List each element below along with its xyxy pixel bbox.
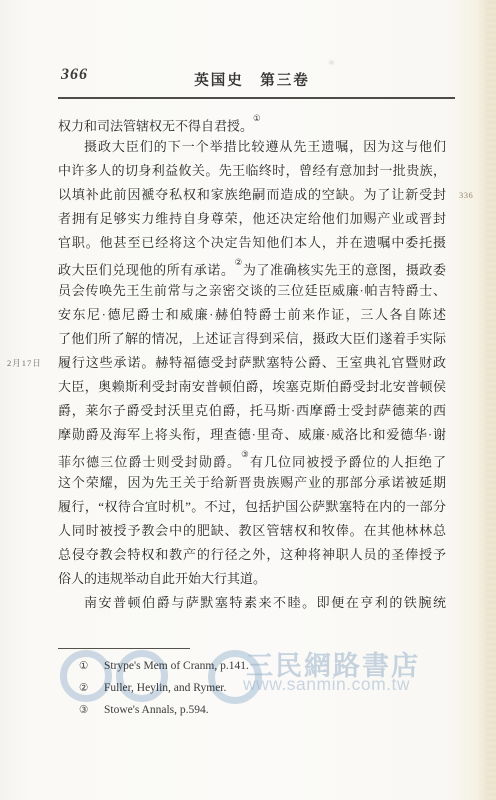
body-line: 中许多人的切身利益攸关。先王临终时，曾经有意加封一批贵族， — [58, 159, 446, 183]
footnote-1: ①Strype's Mem of Cranm, p.141. — [58, 655, 446, 677]
margin-note-date: 2月17日 — [7, 357, 42, 369]
body-line: 大臣，奥赖斯利受封南安普顿伯爵，埃塞克斯伯爵受封北安普顿侯 — [58, 375, 446, 399]
body-line: 者拥有足够实力维持自身尊荣，他还决定给他们加赐产业或晋封 — [58, 207, 446, 231]
body-line: 安东尼·德尼爵士和威廉·赫伯特爵士前来作证，三人各自陈述 — [58, 303, 446, 327]
body-line: 履行这些承诺。赫特福德受封萨默塞特公爵、王室典礼官暨财政 — [58, 351, 446, 375]
margin-note-original-page: 336 — [459, 190, 473, 200]
body-line: 摩勋爵及海军上将头衔，理查德·里奇、威廉·威洛比和爱德华·谢 — [58, 423, 446, 447]
body-line: 权力和司法管辖权无不得自君授。① — [58, 111, 446, 135]
footnote-ref-1: ① — [253, 114, 261, 124]
header-rule — [58, 97, 455, 99]
footnote-1-marker: ① — [79, 655, 104, 677]
body-line: 俗人的违规举动自此开始大行其道。 — [58, 567, 446, 591]
body-line: 摄政大臣们的下一个举措比较遵从先王遗嘱，因为这与他们 — [58, 135, 446, 159]
body-line: 南安普顿伯爵与萨默塞特素来不睦。即便在亨利的铁腕统 — [58, 591, 446, 615]
footnote-3: ③Stowe's Annals, p.594. — [58, 699, 446, 721]
footnotes: ①Strype's Mem of Cranm, p.141. ②Fuller, … — [58, 655, 446, 721]
footnote-3-text: Stowe's Annals, p.594. — [104, 704, 209, 716]
scan-artifact-speck — [329, 61, 334, 64]
footnote-divider — [58, 648, 190, 649]
footnote-3-marker: ③ — [79, 699, 104, 721]
body-line: 了他们所了解的情况，上述证言得到采信，摄政大臣们遂着手实际 — [58, 327, 446, 351]
footnote-ref-3: ③ — [241, 450, 250, 460]
body-line: 人同时被授予教会中的肥缺、教区管辖权和牧俸。在其他林林总 — [58, 519, 446, 543]
body-line: 菲尔德三位爵士则受封勋爵。③有几位同被授予爵位的人拒绝了 — [58, 447, 446, 471]
body-line: 员会传唤先王生前常与之亲密交谈的三位廷臣威廉·帕吉特爵士、 — [58, 279, 446, 303]
footnote-1-text: Strype's Mem of Cranm, p.141. — [104, 660, 249, 672]
body-text: 权力和司法管辖权无不得自君授。① 摄政大臣们的下一个举措比较遵从先王遗嘱，因为这… — [58, 111, 446, 615]
footnote-2: ②Fuller, Heylin, and Rymer. — [58, 677, 446, 699]
footnote-ref-2: ② — [235, 258, 243, 268]
body-line: 政大臣们兑现他的所有承诺。②为了准确核实先王的意图，摄政委 — [58, 255, 446, 279]
body-line: 官职。他甚至已经将这个决定告知他们本人，并在遗嘱中委托摄 — [58, 231, 446, 255]
running-head-title: 英国史 第三卷 — [58, 69, 446, 90]
body-line: 爵，莱尔子爵受封沃里克伯爵，托马斯·西摩爵士受封萨德莱的西 — [58, 399, 446, 423]
body-line: 以填补此前因褫夺私权和家族绝嗣而造成的空缺。为了让新受封 — [58, 183, 446, 207]
body-line: 总侵夺教会特权和教产的行径之外，这种将神职人员的圣俸授予 — [58, 543, 446, 567]
body-line: 这个荣耀，因为先王关于给新晋贵族赐产业的那部分承诺被延期 — [58, 471, 446, 495]
footnote-2-text: Fuller, Heylin, and Rymer. — [104, 682, 226, 694]
footnote-2-marker: ② — [79, 677, 104, 699]
scanned-book-page: 366 英国史 第三卷 336 2月17日 权力和司法管辖权无不得自君授。① 摄… — [0, 0, 496, 800]
page-edge-shadow — [486, 0, 496, 800]
body-line: 履行，“权待合宜时机”。不过，包括护国公萨默塞特在内的一部分 — [58, 495, 446, 519]
